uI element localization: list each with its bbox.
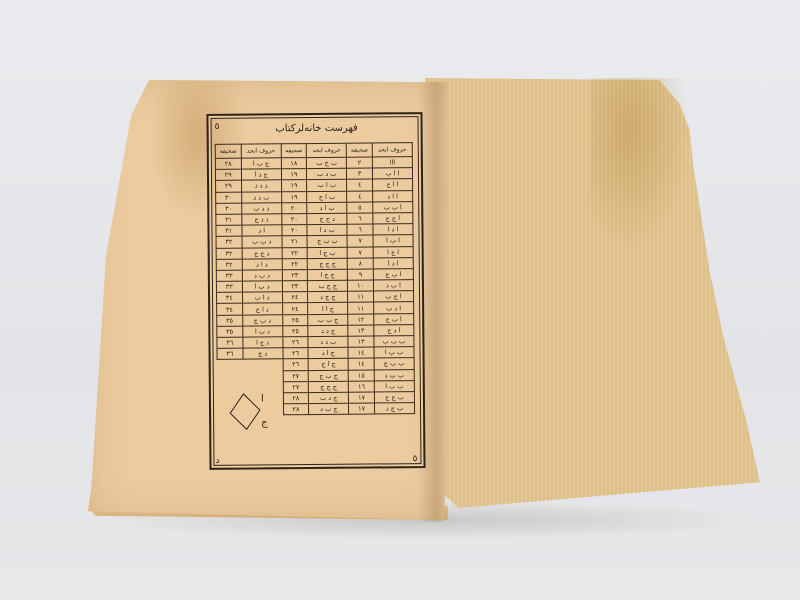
header-cell: صحیفه — [347, 143, 373, 157]
table-cell: ٢٩ — [215, 169, 241, 180]
page-mark: ٥ — [215, 122, 220, 132]
table-cell: ب ج ج — [374, 392, 414, 404]
index-table: حروف ابجد صحیفه حروف ابجد صحیفه حروف ابج… — [215, 142, 415, 416]
table-cell: ٣ — [347, 168, 373, 179]
table-cell: ا ج ج — [373, 213, 413, 225]
table-cell: ١١ — [348, 291, 374, 302]
table-cell: د ج ج — [307, 213, 347, 225]
table-cell: ٣٢ — [216, 236, 242, 247]
table-cell: ج ج ج — [307, 258, 347, 270]
table-cell: ٣٠ — [216, 192, 242, 203]
table-cell: د ا ب — [242, 292, 282, 304]
table-cell: ١٩ — [281, 191, 307, 202]
table-cell: ا ج ا — [373, 246, 413, 258]
table-cell: ١٩ — [281, 169, 307, 180]
table-cell: ج د ا — [241, 169, 281, 181]
table-cell: ٣٣ — [216, 270, 242, 281]
table-cell: ٩ — [348, 269, 374, 280]
table-cell: ا ا ب — [372, 168, 412, 180]
table-cell: ج ج ب — [308, 280, 348, 292]
table-cell: د د د — [241, 180, 281, 192]
table-cell: ٣٦ — [217, 348, 243, 359]
table-cell: ا ا د — [373, 190, 413, 202]
table-cell: ٦ — [347, 224, 373, 235]
table-cell: ٣٢ — [216, 248, 242, 259]
table-cell: ١٠ — [348, 280, 374, 291]
table-cell: ب د د — [308, 336, 348, 348]
table-cell: ٢٠ — [281, 202, 307, 213]
table-cell: ١٧ — [349, 392, 375, 403]
table-cell: د د ب — [241, 203, 281, 215]
table-cell: د ب ب — [242, 236, 282, 248]
table-cell: ٢٦ — [283, 348, 309, 359]
table-cell: ب ا ج — [307, 191, 347, 203]
table-cell: ٢٥ — [282, 325, 308, 336]
table-cell: ا ج ب — [373, 291, 413, 303]
header-cell: حروف ابجد — [372, 143, 412, 157]
table-cell: ٢٢ — [282, 247, 308, 258]
table-cell: ا ب ج — [374, 313, 414, 325]
table-cell: ٢٨ — [283, 393, 309, 404]
table-cell: ٥ — [347, 202, 373, 213]
table-cell: ا د ا — [373, 257, 413, 269]
table-cell: ٣١ — [216, 214, 242, 225]
header-cell: صحیفه — [281, 144, 307, 158]
table-cell: ٦ — [347, 213, 373, 224]
table-cell: ٢٧ — [283, 381, 309, 392]
table-cell: ٧ — [347, 235, 373, 246]
table-cell: ج د د — [308, 325, 348, 337]
table-cell: ب د ا — [307, 224, 347, 236]
table-cell: ج ب د — [309, 403, 349, 415]
table-cell: ٢٠ — [282, 225, 308, 236]
table-cell: ٢٤ — [282, 292, 308, 303]
table-cell: ا د ج — [374, 324, 414, 336]
table-cell: ١٤ — [348, 358, 374, 369]
table-cell: ١٩ — [281, 180, 307, 191]
table-cell: ا د ا — [373, 224, 413, 236]
table-cell: ٢٩ — [216, 181, 242, 192]
table-cell: ٢ — [347, 157, 373, 168]
table-cell: ٢٨ — [283, 404, 309, 415]
table-cell: ج ا ج — [308, 359, 348, 371]
table-cell: ب ج ا — [307, 247, 347, 259]
table-cell: ١٢ — [348, 314, 374, 325]
table-cell: ١٨ — [281, 158, 307, 169]
table-cell: ٢٢ — [282, 258, 308, 269]
table-cell: ا د — [242, 225, 282, 237]
table-cell: ٤ — [347, 179, 373, 190]
table-cell: ا د ب — [374, 302, 414, 314]
table-cell: د ب ا — [242, 326, 282, 338]
table-cell: ا ب ب — [373, 201, 413, 213]
table-cell: ٢٤ — [282, 303, 308, 314]
table-cell: ٢٣ — [282, 281, 308, 292]
table-cell: ج ب ا — [241, 158, 281, 170]
table-cell: ب ج د — [374, 403, 414, 415]
footer-mark-right: ٥ — [413, 454, 418, 464]
table-cell: ٣٥ — [217, 326, 243, 337]
table-cell: ٣٠ — [216, 203, 242, 214]
table-cell: ٢٠ — [282, 214, 308, 225]
right-page-stain — [590, 78, 690, 248]
table-cell: ٢٨ — [215, 158, 241, 169]
diagram-spacer — [217, 359, 283, 371]
header-cell: حروف ابجد — [306, 143, 346, 157]
table-cell: ب ا د — [307, 202, 347, 214]
table-cell: د ب ا — [242, 281, 282, 293]
diagram-label-bottom: ج — [261, 417, 268, 428]
table-cell: ب ب ب — [374, 336, 414, 348]
table-cell: ج ج د — [308, 291, 348, 303]
table-cell: ااا — [372, 157, 412, 169]
table-cell: ٣٥ — [217, 315, 243, 326]
table-cell: ١٤ — [348, 347, 374, 358]
table-cell: ١٧ — [349, 403, 375, 414]
table-cell: د ب ج — [242, 314, 282, 326]
table-cell: ج ا ا — [308, 303, 348, 315]
index-table-frame: ٥ فهرست خانه‌لرکتاب حروف ابجد صحیفه حروف… — [206, 112, 425, 470]
page-title: فهرست خانه‌لرکتاب — [237, 122, 397, 134]
table-cell: ٢١ — [282, 236, 308, 247]
diagram-spacer — [217, 370, 283, 382]
table-cell: ج ب ب — [308, 314, 348, 326]
table-cell: ١٦ — [349, 381, 375, 392]
table-cell: د د ج — [241, 214, 281, 226]
table-cell: ب د د — [241, 191, 281, 203]
diagram-label-top: ا — [261, 393, 264, 404]
table-cell: ١٣ — [348, 325, 374, 336]
table-cell: ب ا ب — [307, 180, 347, 192]
diamond-icon — [230, 393, 261, 430]
table-cell: ج ج ج — [309, 381, 349, 393]
table-cell: ٣٢ — [216, 259, 242, 270]
table-cell: ٧ — [347, 247, 373, 258]
table-cell: ب ج ب — [307, 157, 347, 169]
header-cell: صحیفه — [215, 144, 241, 158]
table-cell: ١٣ — [348, 336, 374, 347]
diagram-box: ا ج — [217, 385, 281, 458]
table-cell: ا ب ا — [373, 235, 413, 247]
table-cell: ج ا د — [308, 347, 348, 359]
table-cell: ب ب ج — [374, 358, 414, 370]
table-cell: ٣١ — [216, 225, 242, 236]
table-cell: ٣٦ — [217, 337, 243, 348]
table-cell: ٢٦ — [283, 337, 309, 348]
table-cell: ب د ب — [307, 168, 347, 180]
table-cell: ا ب د — [373, 280, 413, 292]
table-cell: ج ج ا — [308, 269, 348, 281]
table-cell: د ج ج — [242, 247, 282, 259]
table-cell: ١١ — [348, 302, 374, 313]
table-cell: ٨ — [348, 258, 374, 269]
table-cell: ب ب ا — [374, 347, 414, 359]
header-cell: حروف ابجد — [241, 144, 281, 158]
table-cell: ٢٧ — [283, 370, 309, 381]
table-cell: د ب د — [242, 270, 282, 282]
table-cell: د ا د — [242, 258, 282, 270]
table-cell: ب ب د — [374, 369, 414, 381]
table-cell: ١٥ — [349, 370, 375, 381]
table-cell: د ج ا — [242, 337, 282, 349]
footer-mark-left: د — [215, 456, 219, 466]
table-cell: ج د ب — [309, 392, 349, 404]
table-cell: ٢٣ — [282, 269, 308, 280]
table-cell: ب ب ج — [307, 236, 347, 248]
table-cell: ا ب ج — [373, 269, 413, 281]
table-cell: ا ا ج — [372, 179, 412, 191]
table-cell: ٣٤ — [217, 304, 243, 315]
table-cell: ب ب ا — [374, 380, 414, 392]
table-cell: ٣٣ — [216, 281, 242, 292]
table-cell: ٤ — [347, 191, 373, 202]
table-cell: ٢٦ — [283, 359, 309, 370]
table-cell: د ج — [243, 348, 283, 360]
table-cell: د ا ج — [242, 303, 282, 315]
table-cell: ج ب ج — [308, 370, 348, 382]
table-cell: ٣٤ — [217, 292, 243, 303]
table-cell: ٢٥ — [282, 314, 308, 325]
